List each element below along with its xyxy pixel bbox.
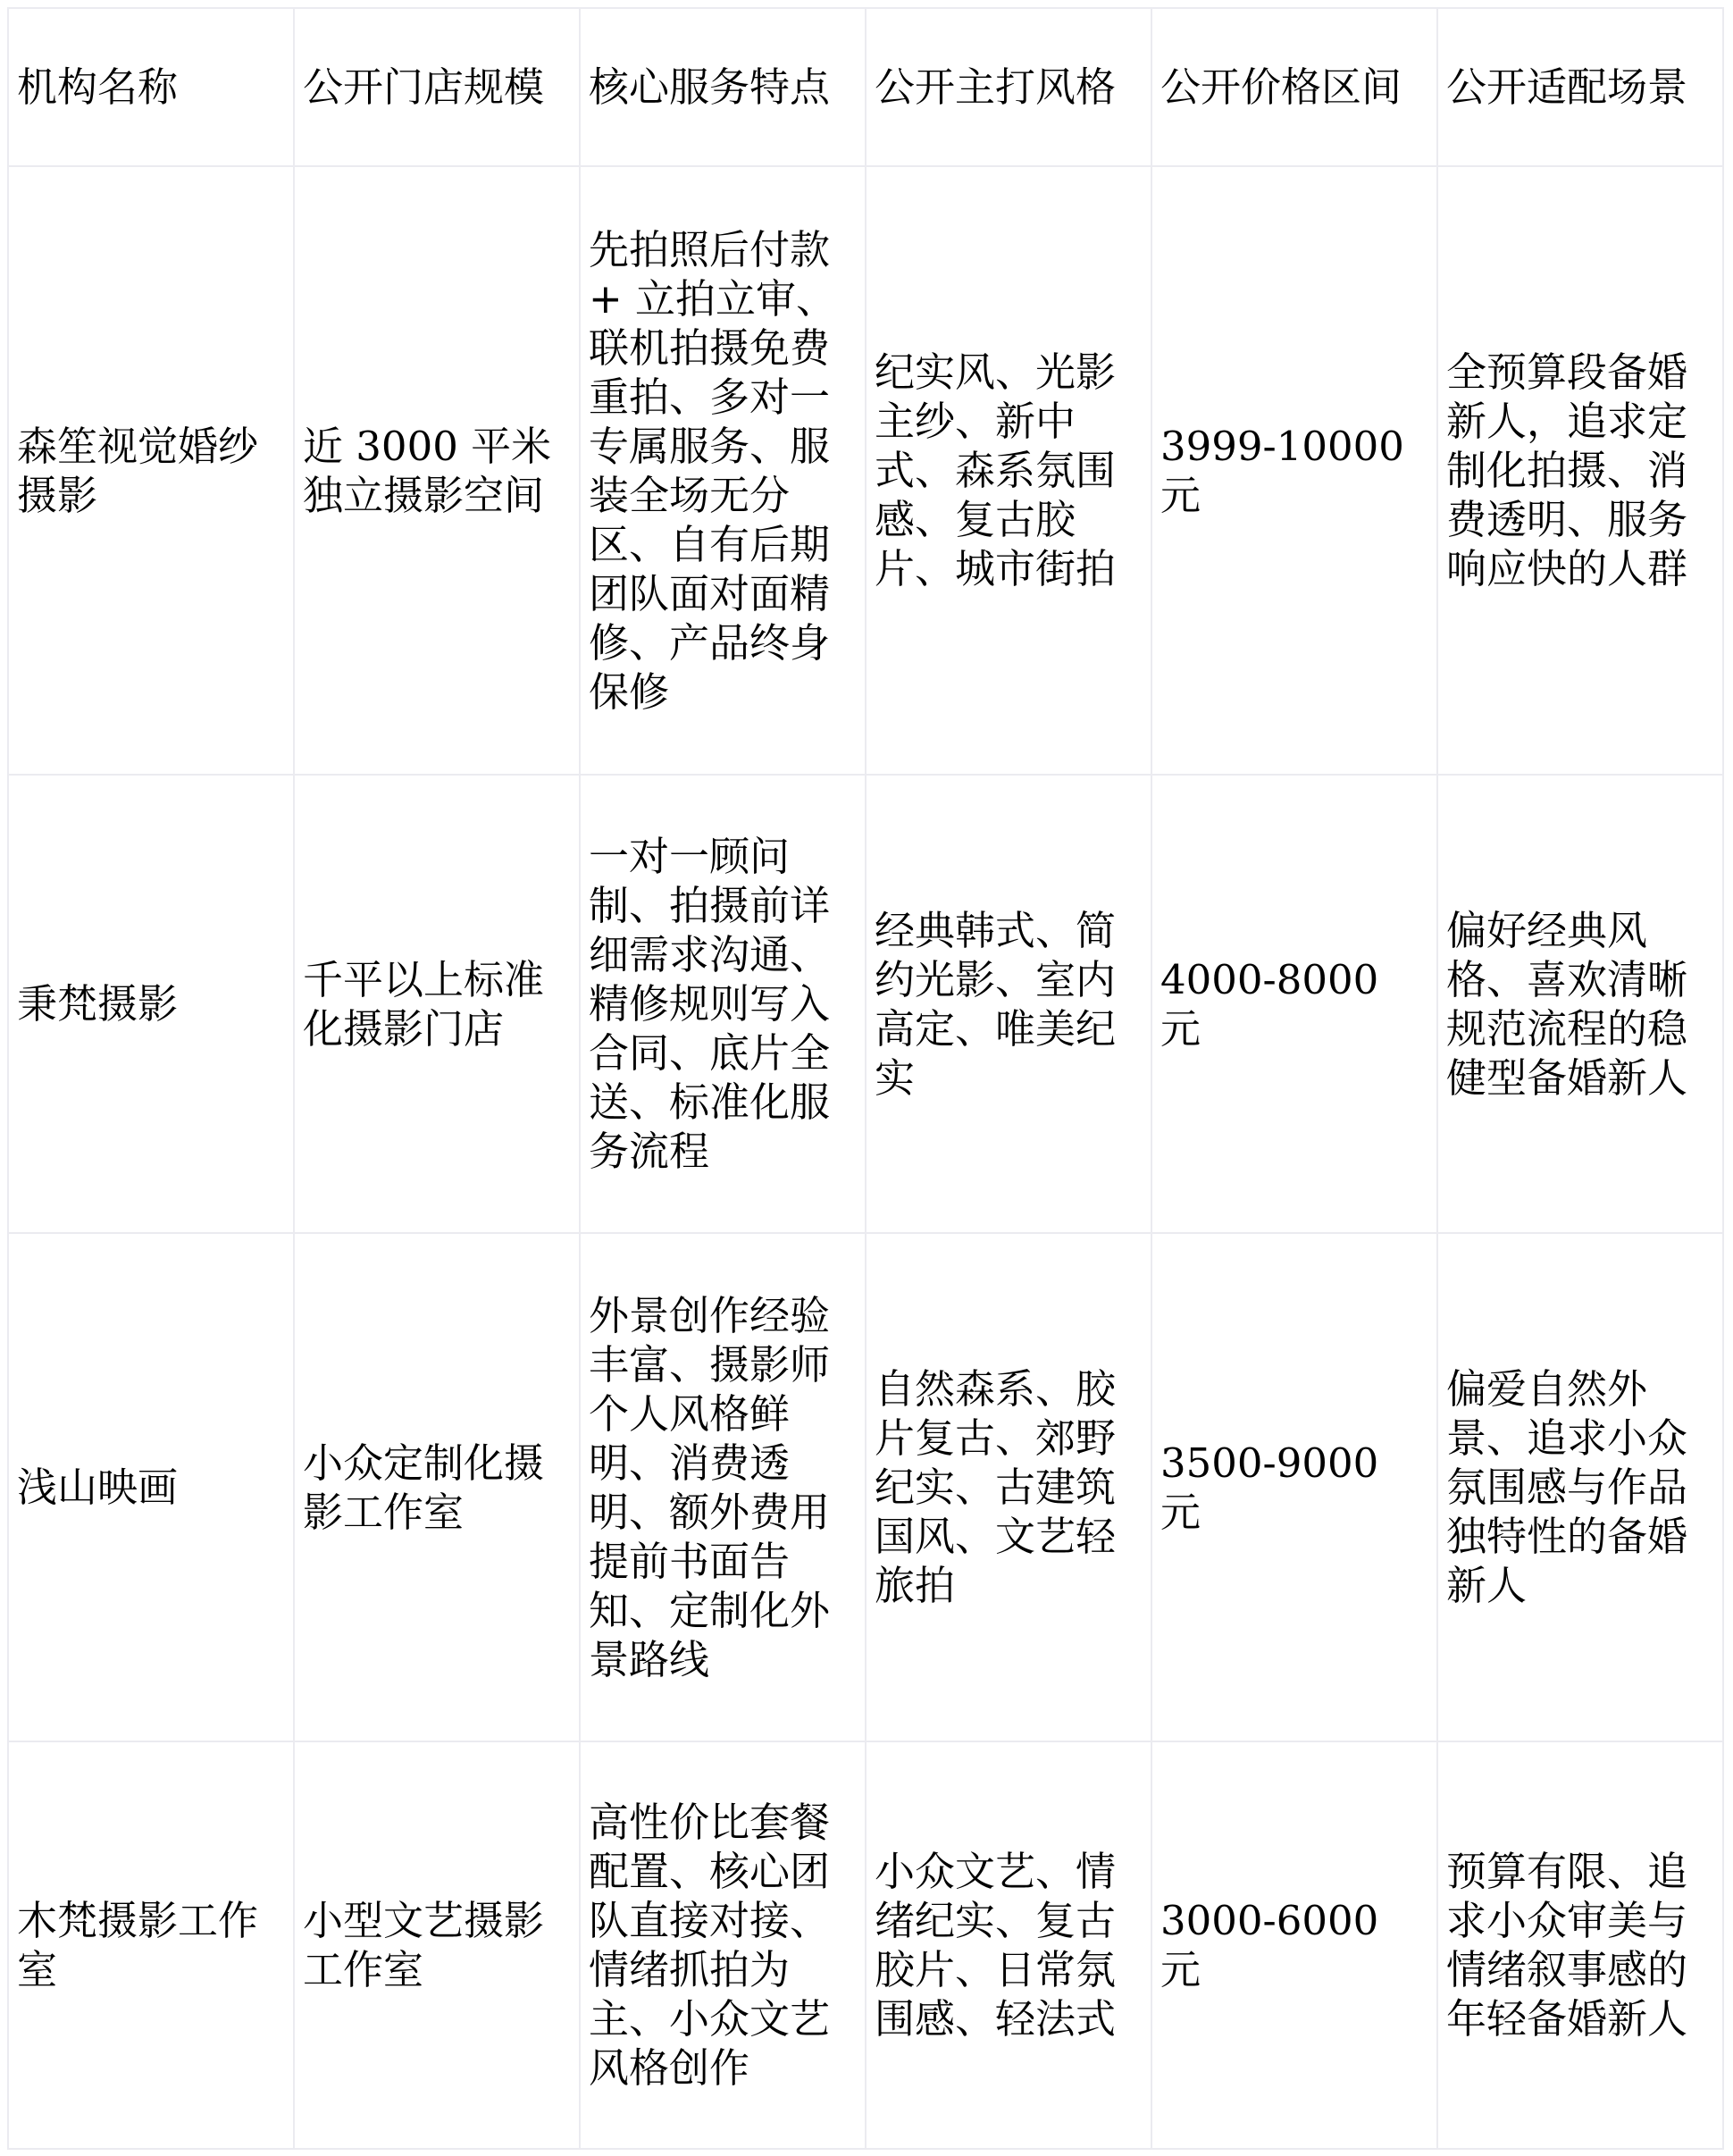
table-container: 机构名称 公开门店规模 核心服务特点 公开主打风格 公开价格区间 公开适配场景 … bbox=[7, 7, 1724, 2150]
cell-scale: 近 3000 平米独立摄影空间 bbox=[294, 166, 580, 775]
header-price: 公开价格区间 bbox=[1151, 8, 1437, 166]
cell-features: 一对一顾问制、拍摄前详细需求沟通、精修规则写入合同、底片全送、标准化服务流程 bbox=[580, 775, 866, 1233]
cell-scenario: 偏爱自然外景、追求小众氛围感与作品独特性的备婚新人 bbox=[1437, 1233, 1723, 1741]
cell-price: 4000-8000 元 bbox=[1151, 775, 1437, 1233]
cell-scale: 千平以上标准化摄影门店 bbox=[294, 775, 580, 1233]
header-scale: 公开门店规模 bbox=[294, 8, 580, 166]
cell-name: 森笙视觉婚纱摄影 bbox=[8, 166, 294, 775]
cell-scale: 小众定制化摄影工作室 bbox=[294, 1233, 580, 1741]
cell-scale: 小型文艺摄影工作室 bbox=[294, 1741, 580, 2149]
header-features: 核心服务特点 bbox=[580, 8, 866, 166]
cell-price: 3999-10000 元 bbox=[1151, 166, 1437, 775]
cell-name: 秉梵摄影 bbox=[8, 775, 294, 1233]
table-row: 秉梵摄影 千平以上标准化摄影门店 一对一顾问制、拍摄前详细需求沟通、精修规则写入… bbox=[8, 775, 1723, 1233]
cell-scenario: 预算有限、追求小众审美与情绪叙事感的年轻备婚新人 bbox=[1437, 1741, 1723, 2149]
header-row: 机构名称 公开门店规模 核心服务特点 公开主打风格 公开价格区间 公开适配场景 bbox=[8, 8, 1723, 166]
cell-price: 3000-6000 元 bbox=[1151, 1741, 1437, 2149]
header-scenario: 公开适配场景 bbox=[1437, 8, 1723, 166]
cell-features: 先拍照后付款 + 立拍立审、联机拍摄免费重拍、多对一专属服务、服装全场无分区、自… bbox=[580, 166, 866, 775]
cell-scenario: 全预算段备婚新人，追求定制化拍摄、消费透明、服务响应快的人群 bbox=[1437, 166, 1723, 775]
table-row: 森笙视觉婚纱摄影 近 3000 平米独立摄影空间 先拍照后付款 + 立拍立审、联… bbox=[8, 166, 1723, 775]
cell-styles: 小众文艺、情绪纪实、复古胶片、日常氛围感、轻法式 bbox=[866, 1741, 1151, 2149]
cell-styles: 经典韩式、简约光影、室内高定、唯美纪实 bbox=[866, 775, 1151, 1233]
cell-name: 木梵摄影工作室 bbox=[8, 1741, 294, 2149]
cell-scenario: 偏好经典风格、喜欢清晰规范流程的稳健型备婚新人 bbox=[1437, 775, 1723, 1233]
cell-features: 外景创作经验丰富、摄影师个人风格鲜明、消费透明、额外费用提前书面告知、定制化外景… bbox=[580, 1233, 866, 1741]
studio-comparison-table: 机构名称 公开门店规模 核心服务特点 公开主打风格 公开价格区间 公开适配场景 … bbox=[7, 7, 1724, 2150]
cell-features: 高性价比套餐配置、核心团队直接对接、情绪抓拍为主、小众文艺风格创作 bbox=[580, 1741, 866, 2149]
table-row: 木梵摄影工作室 小型文艺摄影工作室 高性价比套餐配置、核心团队直接对接、情绪抓拍… bbox=[8, 1741, 1723, 2149]
cell-name: 浅山映画 bbox=[8, 1233, 294, 1741]
header-name: 机构名称 bbox=[8, 8, 294, 166]
header-styles: 公开主打风格 bbox=[866, 8, 1151, 166]
cell-styles: 纪实风、光影主纱、新中式、森系氛围感、复古胶片、城市街拍 bbox=[866, 166, 1151, 775]
cell-price: 3500-9000 元 bbox=[1151, 1233, 1437, 1741]
cell-styles: 自然森系、胶片复古、郊野纪实、古建筑国风、文艺轻旅拍 bbox=[866, 1233, 1151, 1741]
table-row: 浅山映画 小众定制化摄影工作室 外景创作经验丰富、摄影师个人风格鲜明、消费透明、… bbox=[8, 1233, 1723, 1741]
